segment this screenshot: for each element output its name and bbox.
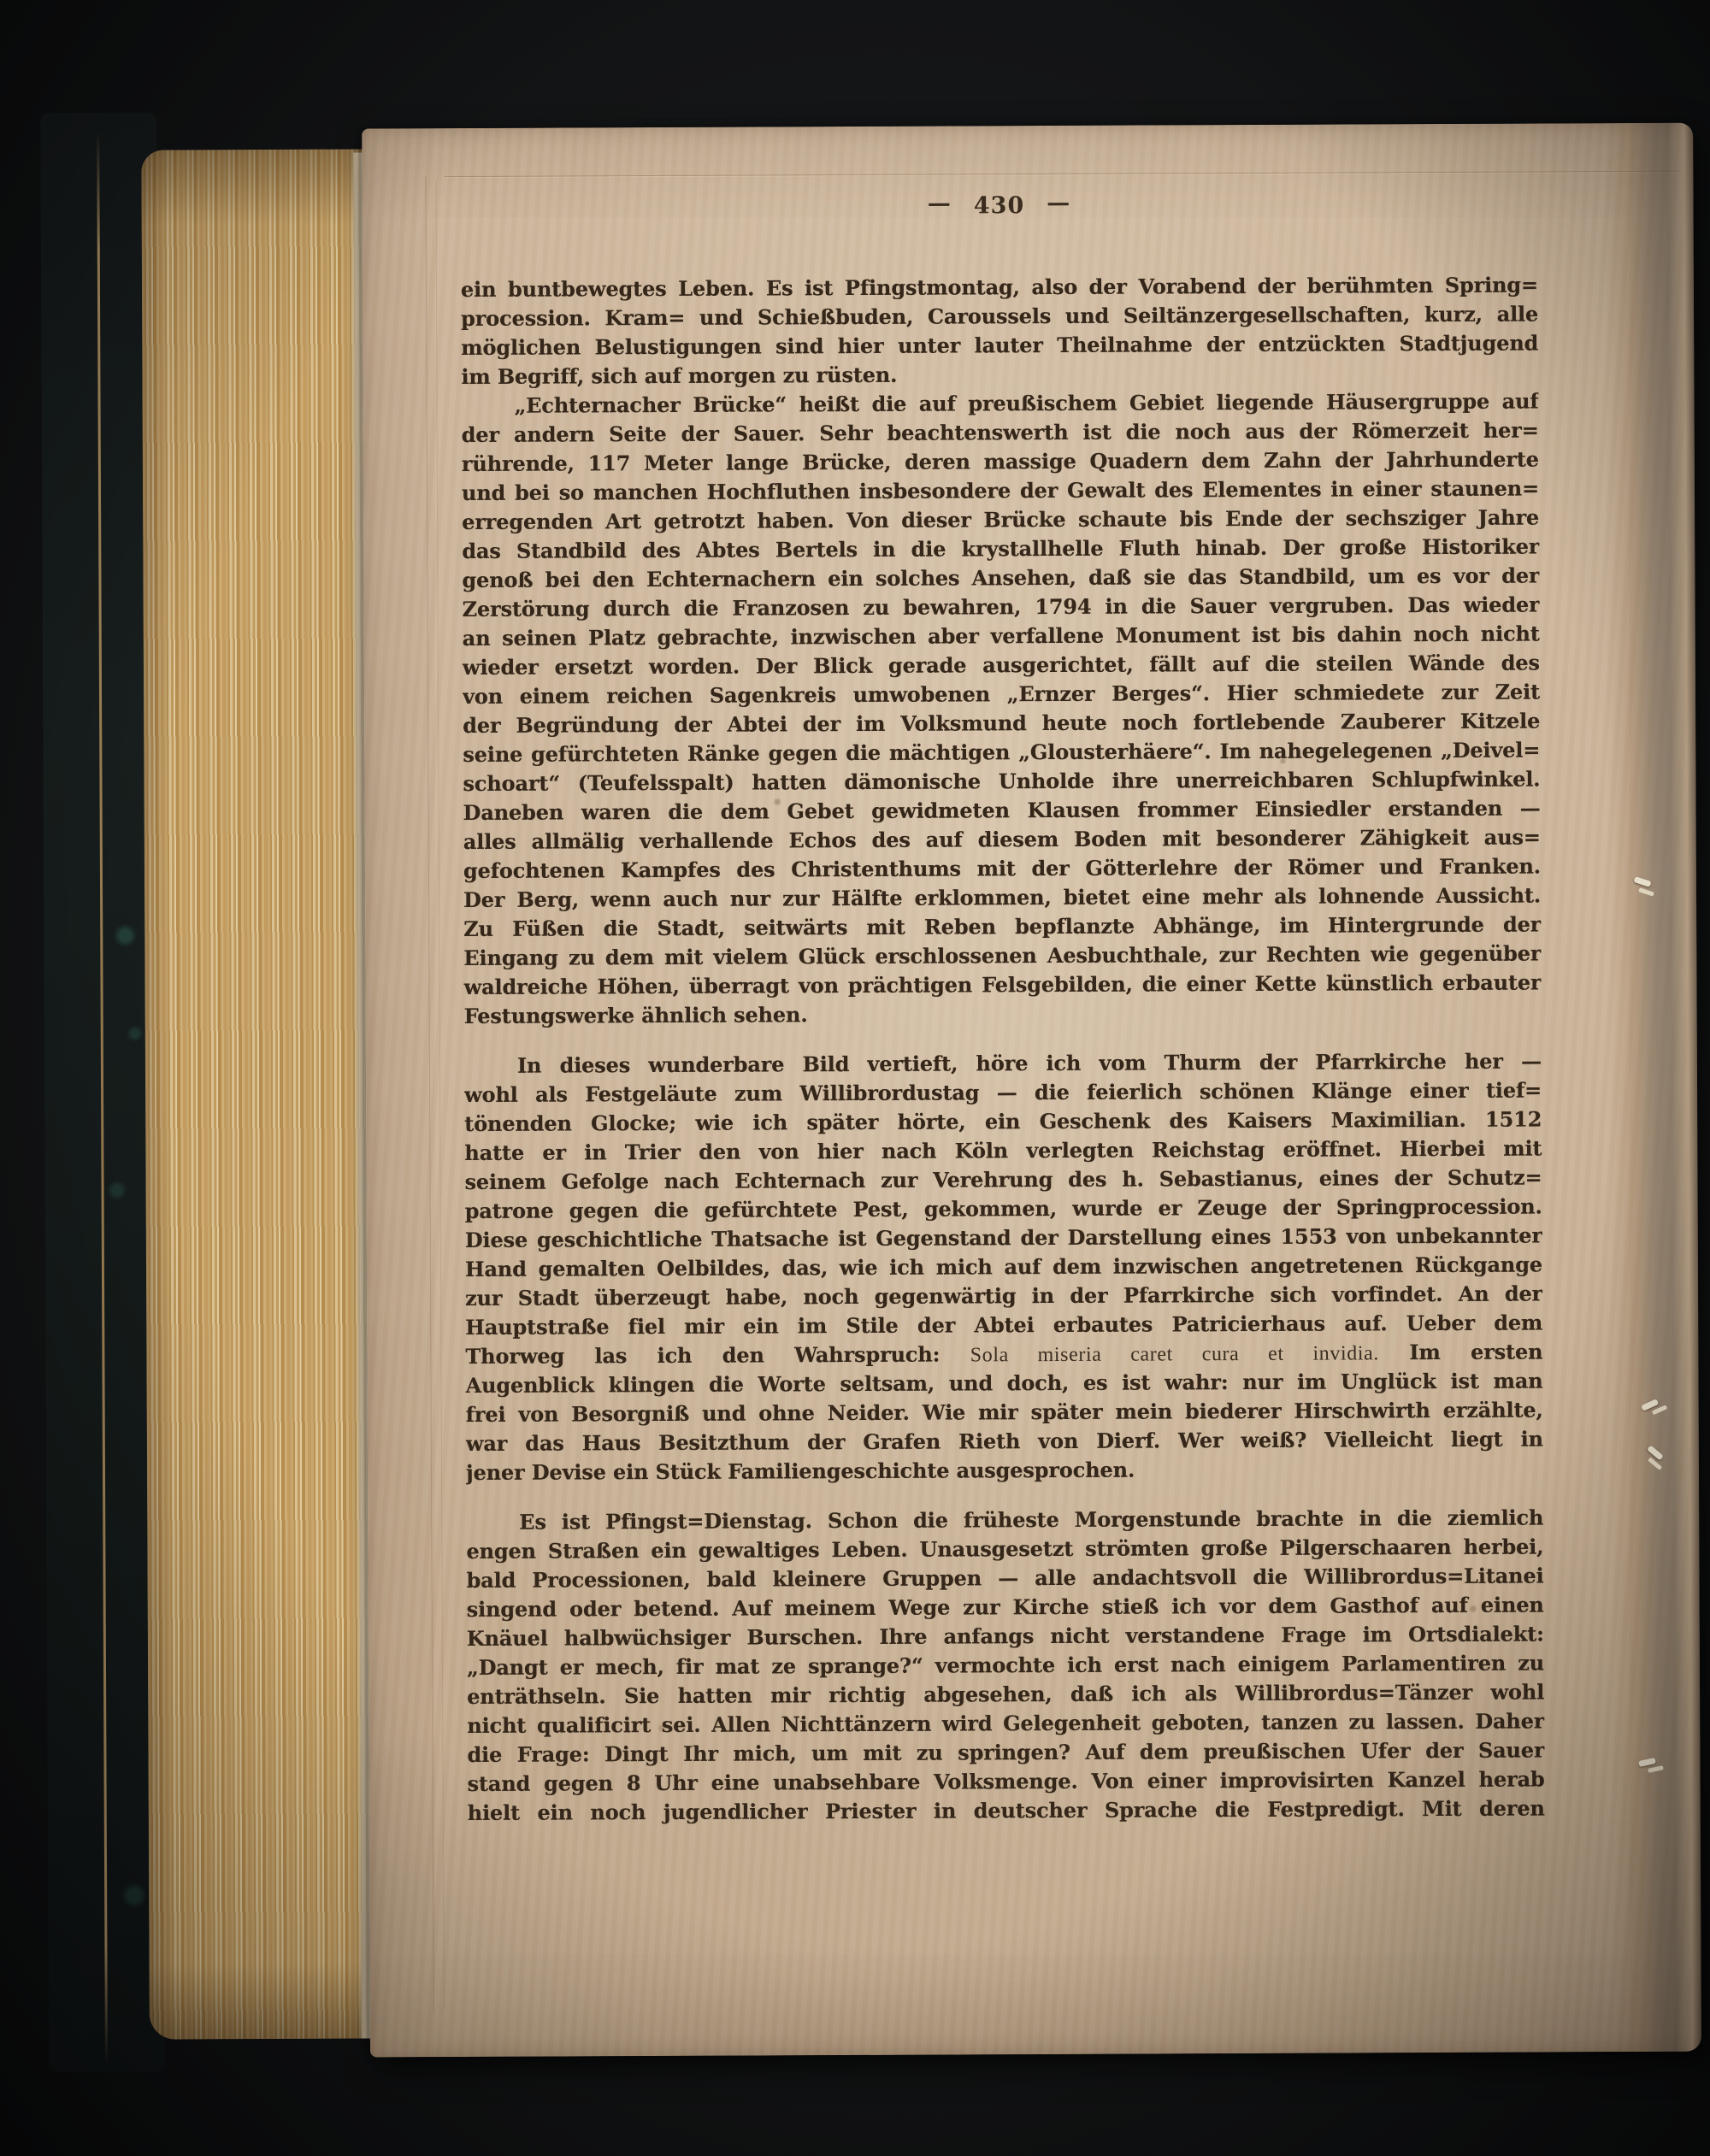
- text-line: ein buntbewegtes Leben. Es ist Pfingstmo…: [461, 271, 1538, 304]
- page-fore-edges: [141, 149, 374, 2039]
- page-number: 430: [974, 192, 1025, 219]
- paragraph: Es ist Pfingst=Dienstag. Schon die frühe…: [466, 1503, 1545, 1827]
- text-line: Zu Füßen die Stadt, seitwärts mit Reben …: [463, 910, 1541, 943]
- header-ornament-left: —: [928, 190, 952, 216]
- book-page: —430— ein buntbewegtes Leben. Es ist Pfi…: [362, 123, 1701, 2058]
- text-line: gefochtenen Kampfes des Christenthums mi…: [463, 851, 1541, 885]
- text-line: im Begriff, sich auf morgen zu rüsten.: [461, 358, 1538, 392]
- text-line: frei von Besorgniß und ohne Neider. Wie …: [466, 1395, 1543, 1428]
- text-line: engen Straßen ein gewaltiges Leben. Unau…: [466, 1532, 1543, 1565]
- text-line: seinem Gefolge nach Echternach zur Vereh…: [464, 1163, 1542, 1196]
- text-line: die Frage: Dingt Ihr mich, um mit zu spr…: [467, 1735, 1544, 1769]
- emboss-line-vertical: [425, 176, 433, 2014]
- text-line: an seinen Platz gebrachte, inzwischen ab…: [463, 620, 1540, 653]
- text-line: wohl als Festgeläute zum Willibrordustag…: [464, 1075, 1542, 1109]
- text-line: war das Haus Besitzthum der Grafen Rieth…: [466, 1424, 1543, 1458]
- body-text: ein buntbewegtes Leben. Es ist Pfingstmo…: [461, 271, 1545, 1828]
- emboss-line-horizontal: [444, 171, 1680, 177]
- text-line: nicht qualificirt sei. Allen Nichttänzer…: [467, 1706, 1544, 1740]
- text-line: Der Berg, wenn auch nur zur Hälfte erklo…: [463, 881, 1541, 914]
- header-ornament-right: —: [1047, 190, 1070, 216]
- text-line: Hauptstraße fiel mir ein im Stile der Ab…: [465, 1308, 1542, 1341]
- text-line: der Begründung der Abtei der im Volksmun…: [463, 707, 1540, 740]
- paragraph: „Echternacher Brücke“ heißt die auf preu…: [461, 387, 1541, 1031]
- text-line: das Standbild des Abtes Bertels in die k…: [462, 533, 1539, 566]
- text-segment: Thorweg las ich den Wahrspruch:: [465, 1341, 970, 1369]
- text-line: singend oder betend. Auf meinem Wege zur…: [467, 1590, 1544, 1623]
- page-header: —430—: [460, 191, 1537, 221]
- text-line: jener Devise ein Stück Familiengeschicht…: [466, 1453, 1543, 1487]
- text-line: Knäuel halbwüchsiger Burschen. Ihre anfa…: [467, 1619, 1544, 1652]
- text-line: schoart“ (Teufelsspalt) hatten dämonisch…: [463, 764, 1540, 798]
- photo-backdrop: —430— ein buntbewegtes Leben. Es ist Pfi…: [0, 0, 1710, 2156]
- emboss-line-vertical-2: [435, 180, 444, 2009]
- text-line: „Echternacher Brücke“ heißt die auf preu…: [461, 387, 1538, 421]
- text-line: Es ist Pfingst=Dienstag. Schon die frühe…: [466, 1503, 1543, 1536]
- text-line: seine gefürchteten Ränke gegen die mächt…: [463, 736, 1540, 769]
- text-line: zur Stadt überzeugt habe, noch gegenwärt…: [465, 1279, 1542, 1312]
- latin-motto: Sola miseria caret cura et invidia.: [970, 1342, 1379, 1366]
- text-line: waldreiche Höhen, überragt von prächtige…: [463, 968, 1541, 1001]
- book: —430— ein buntbewegtes Leben. Es ist Pfi…: [0, 0, 1710, 2156]
- text-segment: Im ersten: [1379, 1339, 1543, 1364]
- text-line: patrone gegen die gefürchtete Pest, geko…: [465, 1192, 1542, 1225]
- text-line: Zerstörung durch die Franzosen zu bewahr…: [463, 591, 1540, 624]
- text-line: Daneben waren die dem Gebet gewidmeten K…: [463, 793, 1541, 827]
- text-line: alles allmälig verhallende Echos des auf…: [463, 822, 1541, 856]
- text-line: Hand gemalten Oelbildes, das, wie ich mi…: [465, 1250, 1542, 1283]
- text-line: stand gegen 8 Uhr eine unabsehbare Volks…: [468, 1764, 1545, 1798]
- text-line: rührende, 117 Meter lange Brücke, deren …: [462, 445, 1539, 479]
- text-line: bald Processionen, bald kleinere Gruppen…: [466, 1561, 1543, 1594]
- text-line: genoß bei den Echternachern ein solches …: [462, 562, 1539, 595]
- text-line: In dieses wunderbare Bild vertieft, höre…: [464, 1046, 1542, 1080]
- text-line: erregenden Art getrotzt haben. Von diese…: [462, 504, 1539, 537]
- text-line: „Dangt er mech, fir mat ze sprange?“ ver…: [467, 1648, 1544, 1682]
- paragraph: ein buntbewegtes Leben. Es ist Pfingstmo…: [461, 271, 1539, 392]
- text-line: enträthseln. Sie hatten mir richtig abge…: [467, 1677, 1544, 1711]
- text-line: Augenblick klingen die Worte seltsam, un…: [465, 1366, 1542, 1399]
- text-line: Eingang zu dem mit vielem Glück erschlos…: [463, 939, 1541, 972]
- text-line: möglichen Belustigungen sind hier unter …: [461, 329, 1538, 362]
- text-line: wieder ersetzt worden. Der Blick gerade …: [463, 649, 1540, 682]
- paragraph: In dieses wunderbare Bild vertieft, höre…: [464, 1046, 1543, 1487]
- text-line: tönenden Glocke; wie ich später hörte, e…: [464, 1105, 1542, 1138]
- text-line: hielt ein noch jugendlicher Priester in …: [468, 1794, 1545, 1827]
- text-line: und bei so manchen Hochfluthen insbesond…: [462, 474, 1539, 508]
- text-line: hatte er in Trier den von hier nach Köln…: [464, 1134, 1542, 1167]
- text-line: der andern Seite der Sauer. Sehr beachte…: [462, 416, 1539, 450]
- text-line: procession. Kram= und Schießbuden, Carou…: [461, 300, 1538, 333]
- text-line: Thorweg las ich den Wahrspruch: Sola mis…: [465, 1337, 1542, 1370]
- text-line: von einem reichen Sagenkreis umwobenen „…: [463, 678, 1540, 711]
- text-line: Festungswerke ähnlich sehen.: [464, 997, 1542, 1030]
- text-line: Diese geschichtliche Thatsache ist Gegen…: [465, 1221, 1542, 1254]
